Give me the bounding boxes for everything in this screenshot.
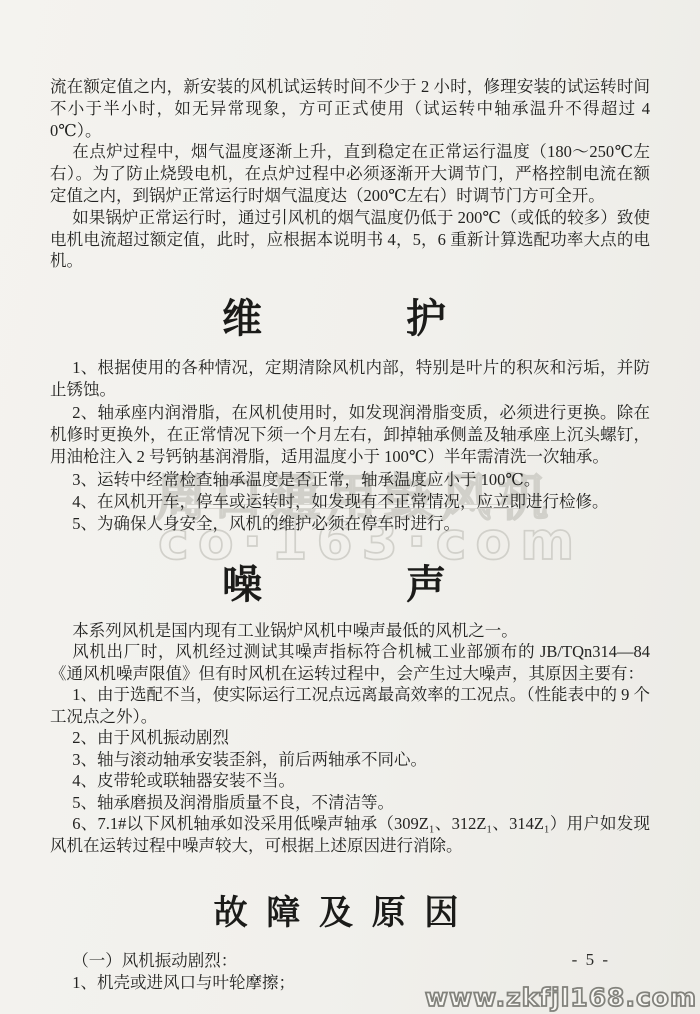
noise-item: 2、由于风机振动剧烈	[50, 727, 650, 749]
intro-paragraph: 如果锅炉正常运行时，通过引风机的烟气温度仍低于 200℃（或低的较多）致使电机电…	[50, 207, 650, 272]
page-content: 流在额定值之内，新安装的风机试运转时间不少于 2 小时，修理安装的试运转时间不小…	[0, 0, 700, 1014]
section-title-noise: 噪声	[34, 562, 634, 608]
noise-item: 4、皮带轮或联轴器安装不当。	[50, 770, 650, 792]
fault-item: 1、机壳或进风口与叶轮摩擦；	[50, 972, 650, 994]
maintenance-item: 5、为确保人身安全，风机的维护必须在停车时进行。	[50, 513, 650, 535]
faults-subheading: （一）风机振动剧烈：	[50, 950, 650, 972]
section-title-faults: 故障及原因	[36, 892, 636, 936]
noise-item: 5、轴承磨损及润滑脂质量不良，不清洁等。	[50, 792, 650, 814]
scanned-manual-page: 周口通用鼓风机 co·163·com www.zkfjl168.com 流在额定…	[0, 0, 700, 1014]
page-number: - 5 -	[572, 950, 610, 970]
section-title-maintenance: 维护	[34, 296, 634, 342]
section-title-maintenance-text: 维护	[222, 296, 590, 341]
noise-item: 3、轴与滚动轴承安装歪斜，前后两轴承不同心。	[50, 749, 650, 771]
noise-item: 1、由于选配不当，使实际运行工况点远离最高效率的工况点。（性能表中的 9 个工况…	[50, 684, 650, 727]
maintenance-item: 4、在风机开车，停车或运转时，如发现有不正常情况，应立即进行检修。	[50, 491, 650, 513]
maintenance-item: 2、轴承座内润滑脂，在风机使用时，如发现润滑脂变质，必须进行更换。除在机修时更换…	[50, 402, 650, 469]
noise-section: 本系列风机是国内现有工业锅炉风机中噪声最低的风机之一。 风机出厂时，风机经过测试…	[50, 620, 650, 857]
noise-paragraph: 本系列风机是国内现有工业锅炉风机中噪声最低的风机之一。	[50, 620, 650, 642]
intro-paragraph-continuation: 流在额定值之内，新安装的风机试运转时间不少于 2 小时，修理安装的试运转时间不小…	[50, 76, 650, 141]
noise-item: 6、7.1#以下风机轴承如没采用低噪声轴承（309Z₁、312Z₁、314Z₁）…	[50, 813, 650, 856]
section-title-noise-text: 噪声	[222, 562, 590, 607]
maintenance-item: 1、根据使用的各种情况，定期清除风机内部，特别是叶片的积灰和污垢，并防止锈蚀。	[50, 357, 650, 402]
faults-section: （一）风机振动剧烈： 1、机壳或进风口与叶轮摩擦；	[50, 950, 650, 994]
section-title-faults-text: 故障及原因	[214, 895, 478, 932]
intro-paragraph: 在点炉过程中，烟气温度逐渐上升，直到稳定在正常运行温度（180～250℃左右）。…	[50, 141, 650, 206]
noise-paragraph: 风机出厂时，风机经过测试其噪声指标符合机械工业部颁布的 JB/TQn314—84…	[50, 641, 650, 684]
maintenance-section: 1、根据使用的各种情况，定期清除风机内部，特别是叶片的积灰和污垢，并防止锈蚀。 …	[50, 357, 650, 535]
maintenance-item: 3、运转中经常检查轴承温度是否正常，轴承温度应小于 100℃。	[50, 469, 650, 491]
